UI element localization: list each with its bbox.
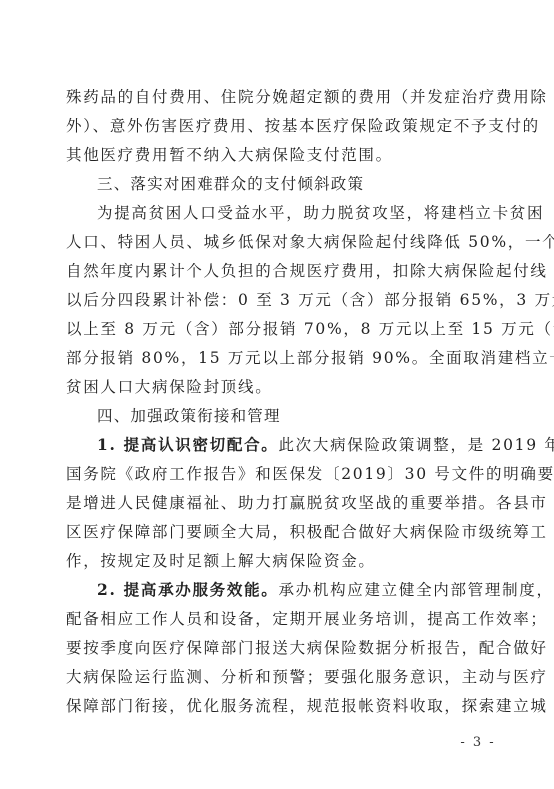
- item-2-first-line: 2. 提高承办服务效能。承办机构应建立健全内部管理制度，: [97, 579, 486, 601]
- item-2-title: 2. 提高承办服务效能。: [97, 580, 278, 599]
- paragraph-line: 以后分四段累计补偿：0 至 3 万元（含）部分报销 65%，3 万元: [66, 289, 486, 311]
- paragraph-line: 配备相应工作人员和设备，定期开展业务培训，提高工作效率；: [66, 608, 486, 630]
- item-1-text: 此次大病保险政策调整，是 2019 年: [278, 436, 554, 454]
- paragraph-line: 大病保险运行监测、分析和预警；要强化服务意识，主动与医疗: [66, 666, 486, 688]
- paragraph-line: 外）、意外伤害医疗费用、按基本医疗保险政策规定不予支付的: [66, 115, 486, 137]
- document-page: 殊药品的自付费用、住院分娩超定额的费用（并发症治疗费用除 外）、意外伤害医疗费用…: [0, 0, 554, 789]
- paragraph-line: 保障部门衔接，优化服务流程，规范报帐资料收取，探索建立城: [66, 695, 486, 717]
- section-heading-4: 四、加强政策衔接和管理: [97, 405, 486, 427]
- paragraph-line: 人口、特困人员、城乡低保对象大病保险起付线降低 50%，一个: [66, 231, 486, 253]
- section-heading-3: 三、落实对困难群众的支付倾斜政策: [97, 173, 486, 195]
- paragraph-line: 自然年度内累计个人负担的合规医疗费用，扣除大病保险起付线: [66, 260, 486, 282]
- paragraph-line: 为提高贫困人口受益水平，助力脱贫攻坚，将建档立卡贫困: [97, 202, 486, 224]
- paragraph-line: 国务院《政府工作报告》和医保发〔2019〕30 号文件的明确要求，: [66, 463, 486, 485]
- paragraph-line: 以上至 8 万元（含）部分报销 70%，8 万元以上至 15 万元（含）: [66, 318, 486, 340]
- paragraph-line: 要按季度向医疗保障部门报送大病保险数据分析报告，配合做好: [66, 637, 486, 659]
- paragraph-line: 作，按规定及时足额上解大病保险资金。: [66, 550, 486, 572]
- item-2-text: 承办机构应建立健全内部管理制度，: [278, 581, 553, 599]
- page-number: - 3 -: [456, 734, 500, 752]
- paragraph-line: 区医疗保障部门要顾全大局，积极配合做好大病保险市级统筹工: [66, 521, 486, 543]
- item-1-title: 1. 提高认识密切配合。: [97, 435, 278, 454]
- paragraph-line: 殊药品的自付费用、住院分娩超定额的费用（并发症治疗费用除: [66, 86, 486, 108]
- paragraph-line: 贫困人口大病保险封顶线。: [66, 376, 486, 398]
- paragraph-line: 部分报销 80%，15 万元以上部分报销 90%。全面取消建档立卡: [66, 347, 486, 369]
- paragraph-line: 是增进人民健康福祉、助力打赢脱贫攻坚战的重要举措。各县市: [66, 492, 486, 514]
- item-1-first-line: 1. 提高认识密切配合。此次大病保险政策调整，是 2019 年: [97, 434, 486, 456]
- paragraph-line: 其他医疗费用暂不纳入大病保险支付范围。: [66, 144, 486, 166]
